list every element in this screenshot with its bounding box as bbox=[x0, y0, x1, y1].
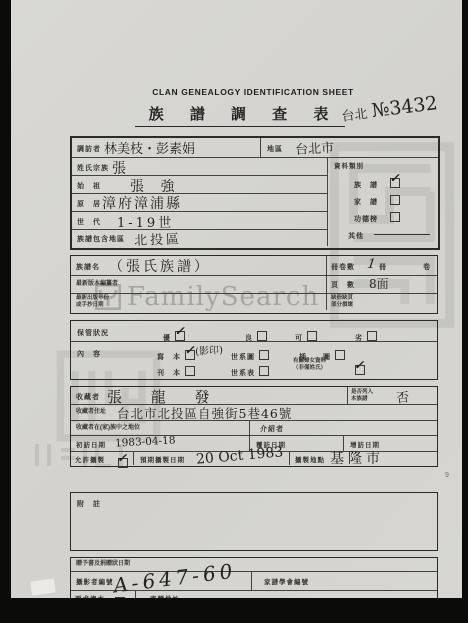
microfilm-scan: FamilySearch CLAN GENEALOGY IDENTIFICATI… bbox=[0, 0, 468, 623]
manuscript-checkbox: ✓ bbox=[185, 350, 195, 360]
volumes-unit2: 卷 bbox=[423, 262, 431, 272]
fair-checkbox bbox=[307, 331, 317, 341]
listed-label-line1: 是否列入 bbox=[351, 389, 373, 396]
category-option-gongdebang: 功德榜 bbox=[354, 208, 400, 226]
page-mark: 9 bbox=[445, 472, 449, 479]
notes-box: 附 註 bbox=[70, 492, 438, 551]
pubdate-row: 最新出版年份 或手抄日期 缺冊缺頁 部分損壞 bbox=[71, 293, 437, 310]
book-table: 族譜名 （張氏族譜） 冊卷數 1 冊 卷 最新版本編纂者 頁 數 8面 最新出版… bbox=[70, 255, 438, 314]
jiapu-checkbox bbox=[390, 195, 400, 205]
editor-label: 最新版本編纂者 bbox=[76, 281, 118, 288]
content-women-info: 有關婦女資料 （非僅姓氏） bbox=[293, 358, 326, 371]
volumes-label: 冊卷數 bbox=[331, 262, 355, 272]
surname-row: 姓氏宗族 張 bbox=[72, 157, 327, 176]
origin-value: 漳府漳浦縣 bbox=[102, 193, 182, 213]
interviewer-label: 調訪者 bbox=[77, 144, 101, 154]
form-paper: FamilySearch CLAN GENEALOGY IDENTIFICATI… bbox=[11, 0, 462, 598]
zupu-checkbox: ✓ bbox=[390, 178, 400, 188]
damage-label-line1: 缺冊缺頁 bbox=[331, 295, 353, 302]
notes-label: 附 註 bbox=[77, 499, 101, 509]
origin-row: 原 居 漳府漳浦縣 bbox=[72, 193, 327, 212]
volumes-cell: 冊卷數 1 冊 卷 bbox=[326, 256, 437, 275]
film-date-cell: 預期攝製日期 20 Oct 1983 bbox=[133, 451, 290, 465]
pedigree-chart-checkbox bbox=[259, 350, 269, 360]
identity-table: 調訪者 林美枝・彭素娟 地區 台北市 姓氏宗族 張 始 祖 張 強 原 居 bbox=[70, 136, 440, 250]
category-cell: 資料類別 族 譜 ✓ 家 譜 功德榜 其他 bbox=[327, 157, 438, 246]
position-label: 收藏者在(家)族中之地位 bbox=[76, 425, 140, 432]
owner-table: 收藏者 張 龍 發 是否列入 本族譜 否 收藏者住址 台北市北投區自強街5巷46… bbox=[70, 386, 438, 467]
position-row: 收藏者在(家)族中之地位 介紹者 bbox=[71, 420, 437, 436]
generations-row: 世 代 1-19世 bbox=[72, 211, 327, 230]
category-label: 資料類別 bbox=[334, 161, 364, 170]
book-title-label: 族譜名 bbox=[76, 262, 100, 272]
condition-label: 保管狀況 bbox=[77, 328, 109, 338]
poor-checkbox bbox=[367, 331, 377, 341]
area-label: 地區 bbox=[267, 144, 283, 154]
address-row: 收藏者住址 台北市北投區自強街5巷46號 bbox=[71, 404, 437, 421]
first-visit-label: 初訪日期 bbox=[76, 440, 106, 449]
form-title-chinese: 族 譜 調 查 表 bbox=[135, 103, 346, 127]
generations-label: 世 代 bbox=[77, 217, 101, 227]
category-option-zupu: 族 譜 ✓ bbox=[354, 174, 400, 192]
pages-label: 頁 數 bbox=[331, 280, 355, 290]
interviewer-value: 林美枝・彭素娟 bbox=[104, 138, 195, 157]
category-option-jiapu: 家 譜 bbox=[354, 191, 400, 209]
pages-cell: 頁 數 8面 bbox=[326, 275, 437, 293]
first-visit-value: 1983-04-18 bbox=[115, 434, 176, 449]
book-title-value: （張氏族譜） bbox=[109, 256, 211, 276]
film-place-cell: 攝製地點 基隆市 bbox=[289, 451, 438, 465]
society-id-label: 家譜學會編號 bbox=[264, 577, 309, 586]
serial-prefix: 台北 bbox=[341, 107, 369, 125]
founder-label: 始 祖 bbox=[77, 181, 101, 191]
owner-label: 收藏者 bbox=[76, 392, 100, 402]
coverage-label: 族譜包含地區 bbox=[77, 234, 125, 244]
address-label: 收藏者住址 bbox=[76, 409, 106, 416]
form-title-english: CLAN GENEALOGY IDENTIFICATION SHEET bbox=[152, 87, 354, 97]
volumes-value: 1 bbox=[365, 257, 378, 272]
excellent-checkbox: ✓ bbox=[175, 331, 185, 341]
film-border-bottom bbox=[0, 598, 468, 623]
filming-row: 允許攝製 ✓ 預期攝製日期 20 Oct 1983 攝製地點 基隆市 bbox=[71, 451, 437, 465]
good-checkbox bbox=[257, 331, 267, 341]
damage-label-line2: 部分損壞 bbox=[331, 302, 353, 309]
film-date-label: 預期攝製日期 bbox=[140, 455, 185, 464]
permission-checkbox: ✓ bbox=[118, 458, 128, 468]
introducer-cell: 介紹者 bbox=[249, 420, 438, 435]
origin-label: 原 居 bbox=[77, 199, 101, 209]
area-value: 台北市 bbox=[295, 137, 335, 158]
pedigree-table-checkbox bbox=[259, 366, 269, 376]
condition-table: 保管狀況 優 ✓ 良 可 劣 內 容 寫 本 ✓ (影印) 世系圖 插 圖 刊 … bbox=[70, 320, 438, 380]
society-id-cell: 家譜學會編號 bbox=[251, 571, 438, 590]
content-pedigree-table: 世系表 bbox=[231, 362, 269, 380]
film-border-left bbox=[0, 0, 11, 623]
film-place-label: 攝製地點 bbox=[295, 455, 325, 464]
photo-id-label: 攝影者編號 bbox=[76, 577, 114, 586]
illustrations-checkbox bbox=[335, 350, 345, 360]
content-row: 內 容 寫 本 ✓ (影印) 世系圖 插 圖 刊 本 世系表 有關婦女資料 （非… bbox=[71, 341, 437, 377]
coverage-row: 族譜包含地區 北投區 bbox=[72, 229, 327, 246]
introducer-label: 介紹者 bbox=[260, 424, 284, 434]
film-place-value: 基隆市 bbox=[330, 448, 384, 468]
condition-row: 保管狀況 優 ✓ 良 可 劣 bbox=[71, 321, 437, 342]
content-printed: 刊 本 bbox=[157, 362, 195, 380]
founder-row: 始 祖 張 強 bbox=[72, 175, 327, 194]
area-cell: 地區 台北市 bbox=[260, 138, 439, 157]
identity-left-column: 姓氏宗族 張 始 祖 張 強 原 居 漳府漳浦縣 世 代 1-19世 族譜包含地… bbox=[72, 157, 327, 246]
women-info-checkbox: ✓ bbox=[355, 365, 365, 375]
gongdebang-checkbox bbox=[390, 212, 400, 222]
surname-label: 姓氏宗族 bbox=[77, 163, 109, 173]
listed-cell: 是否列入 本族譜 否 bbox=[347, 387, 437, 404]
printed-checkbox bbox=[185, 366, 195, 376]
category-option-other: 其他 bbox=[348, 225, 364, 243]
editor-row: 最新版本編纂者 頁 數 8面 bbox=[71, 275, 437, 294]
interviewer-row: 調訪者 林美枝・彭素娟 地區 台北市 bbox=[72, 138, 438, 158]
permission-label: 允許攝製 bbox=[75, 455, 105, 464]
gift-label: 贈予書及捐贈狀日期 bbox=[76, 561, 130, 568]
film-edge-artifact bbox=[30, 578, 56, 595]
listed-label-line2: 本族譜 bbox=[351, 396, 368, 403]
content-label: 內 容 bbox=[77, 349, 101, 359]
coverage-value: 北投區 bbox=[134, 228, 183, 249]
damage-cell: 缺冊缺頁 部分損壞 bbox=[326, 293, 437, 310]
pubdate-label-line1: 最新出版年份 bbox=[76, 295, 109, 302]
zupu-checkmark: ✓ bbox=[389, 171, 399, 185]
pages-value: 8面 bbox=[369, 275, 389, 292]
manuscript-note: (影印) bbox=[195, 341, 224, 358]
gift-row: 贈予書及捐贈狀日期 bbox=[71, 558, 437, 572]
book-title-row: 族譜名 （張氏族譜） 冊卷數 1 冊 卷 bbox=[71, 256, 437, 276]
film-border-right bbox=[462, 0, 468, 623]
owner-row: 收藏者 張 龍 發 是否列入 本族譜 否 bbox=[71, 387, 437, 405]
pubdate-label-line2: 或手抄日期 bbox=[76, 302, 104, 309]
other-blank-line bbox=[374, 234, 430, 235]
volumes-unit1: 冊 bbox=[379, 262, 387, 272]
